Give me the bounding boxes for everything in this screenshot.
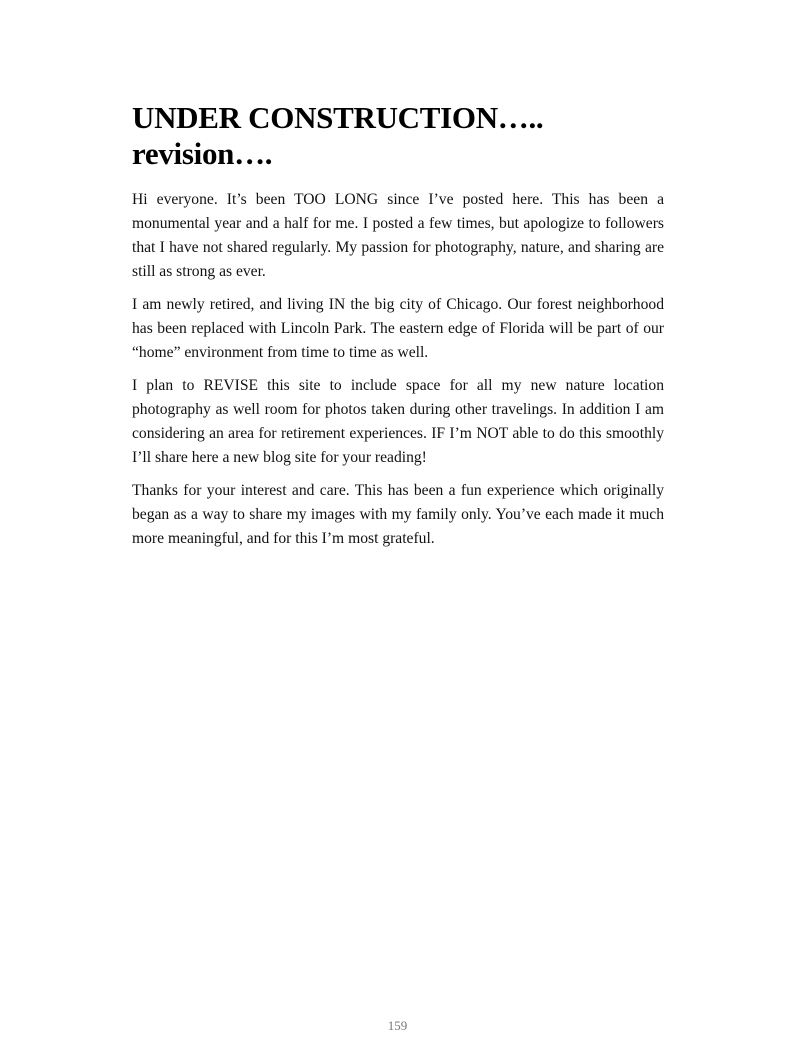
paragraph-thanks: Thanks for your interest and care. This … [132, 479, 664, 551]
body-text: Hi everyone. It’s been TOO LONG since I’… [132, 188, 664, 551]
document-page: UNDER CONSTRUCTION….. revision…. Hi ever… [132, 100, 664, 560]
page-number: 159 [0, 1018, 795, 1034]
paragraph-retired: I am newly retired, and living IN the bi… [132, 293, 664, 365]
page-title: UNDER CONSTRUCTION….. revision…. [132, 100, 664, 172]
title-line-1: UNDER CONSTRUCTION….. [132, 100, 543, 135]
paragraph-intro: Hi everyone. It’s been TOO LONG since I’… [132, 188, 664, 284]
paragraph-revise: I plan to REVISE this site to include sp… [132, 374, 664, 470]
title-line-2: revision…. [132, 136, 272, 171]
